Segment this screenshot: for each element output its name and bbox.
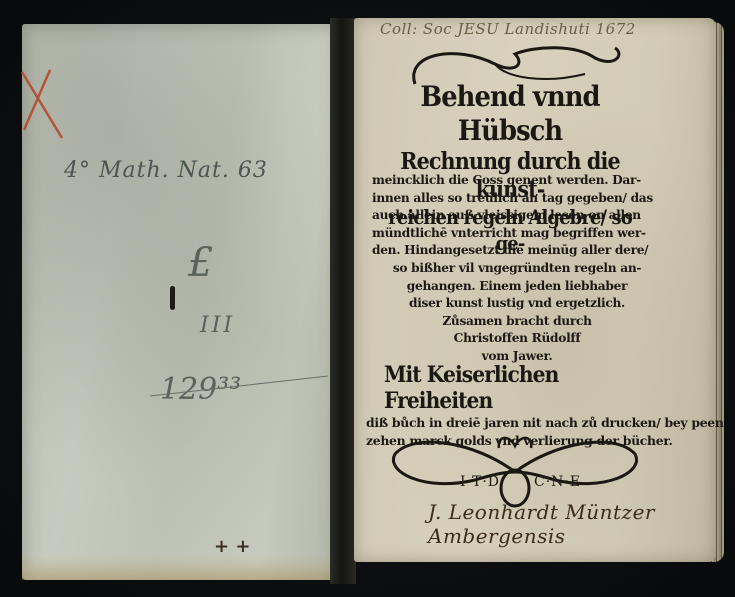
title-line-1: Behend vnnd Hübsch — [372, 80, 648, 148]
book-gutter — [330, 18, 356, 584]
body-line: so bißher vil vngegründten regeln an- — [372, 260, 662, 278]
red-crayon-x-mark — [20, 66, 64, 146]
pencil-strike-line — [150, 370, 330, 400]
device-initials-left: I·T·D· — [460, 474, 505, 490]
device-initials-right: C·N·E — [534, 474, 581, 490]
left-flyleaf — [22, 24, 338, 580]
body-line: diser kunst lustig vnd ergetzlich. — [372, 295, 662, 313]
ink-crosses: + + — [214, 536, 250, 557]
body-line: mündtlichē vnterricht mag begriffen wer- — [372, 225, 662, 243]
privilege-line: diß bůch in dreiē jaren nit nach zů druc… — [366, 414, 666, 432]
body-line: auch allein auß vleissigem lesen on alle… — [372, 207, 662, 225]
body-line: den. Hindangesetzt die meinūg aller dere… — [372, 242, 662, 260]
body-line: innen alles so treülich an tag gegeben/ … — [372, 190, 662, 208]
ownership-inscription-top: Coll: Soc JESU Landishuti 1672 — [380, 20, 636, 38]
pencil-roman-numeral: III — [200, 313, 235, 338]
privilege-heading: Mit Keiserlichen Freiheiten — [384, 362, 643, 414]
body-line: meincklich die Coss genent werden. Dar- — [372, 172, 662, 190]
ownership-inscription-bottom: J. Leonhardt Müntzer Ambergensis — [428, 500, 735, 548]
author-line: Zůsamen bracht durch — [372, 313, 662, 331]
body-line: gehangen. Einem jeden liebhaber — [372, 278, 662, 296]
page-slit-mark — [170, 286, 175, 310]
title-body-text: meincklich die Coss genent werden. Dar- … — [372, 172, 662, 366]
pencil-pound-sign: £ — [188, 240, 213, 286]
shelfmark-pencil-note: 4° Math. Nat. 63 — [64, 158, 268, 183]
author-line: Christoffen Rüdolff — [372, 330, 662, 348]
